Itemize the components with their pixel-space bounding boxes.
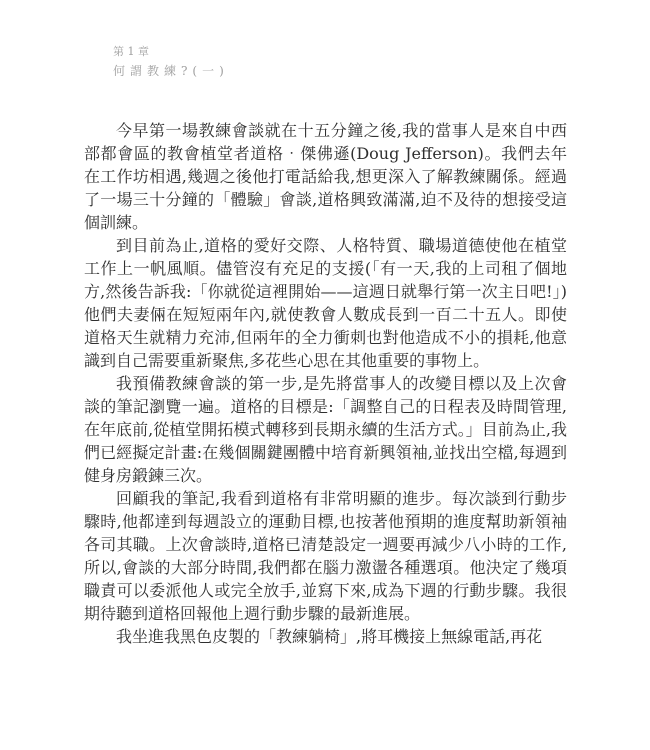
body-paragraph-3: 我預備教練會談的第一步,是先將當事人的改變目標以及上次會談的筆記瀏覽一遍。道格的… xyxy=(84,372,567,487)
chapter-title: 何謂教練?(一) xyxy=(113,65,229,77)
body-text-block: 今早第一場教練會談就在十五分鐘之後,我的當事人是來自中西部都會區的教會植堂者道格… xyxy=(84,119,567,648)
body-paragraph-1: 今早第一場教練會談就在十五分鐘之後,我的當事人是來自中西部都會區的教會植堂者道格… xyxy=(84,119,567,234)
body-paragraph-4: 回顧我的筆記,我看到道格有非常明顯的進步。每次談到行動步驟時,他都達到每週設立的… xyxy=(84,487,567,625)
chapter-number-label: 第1章 xyxy=(113,46,229,57)
book-page: 第1章 何謂教練?(一) 今早第一場教練會談就在十五分鐘之後,我的當事人是來自中… xyxy=(0,0,650,750)
body-paragraph-5: 我坐進我黑色皮製的「教練躺椅」,將耳機接上無線電話,再花 xyxy=(84,625,567,648)
chapter-header: 第1章 何謂教練?(一) xyxy=(113,46,229,77)
body-paragraph-2: 到目前為止,道格的愛好交際、人格特質、職場道德使他在植堂工作上一帆風順。儘管沒有… xyxy=(84,234,567,372)
